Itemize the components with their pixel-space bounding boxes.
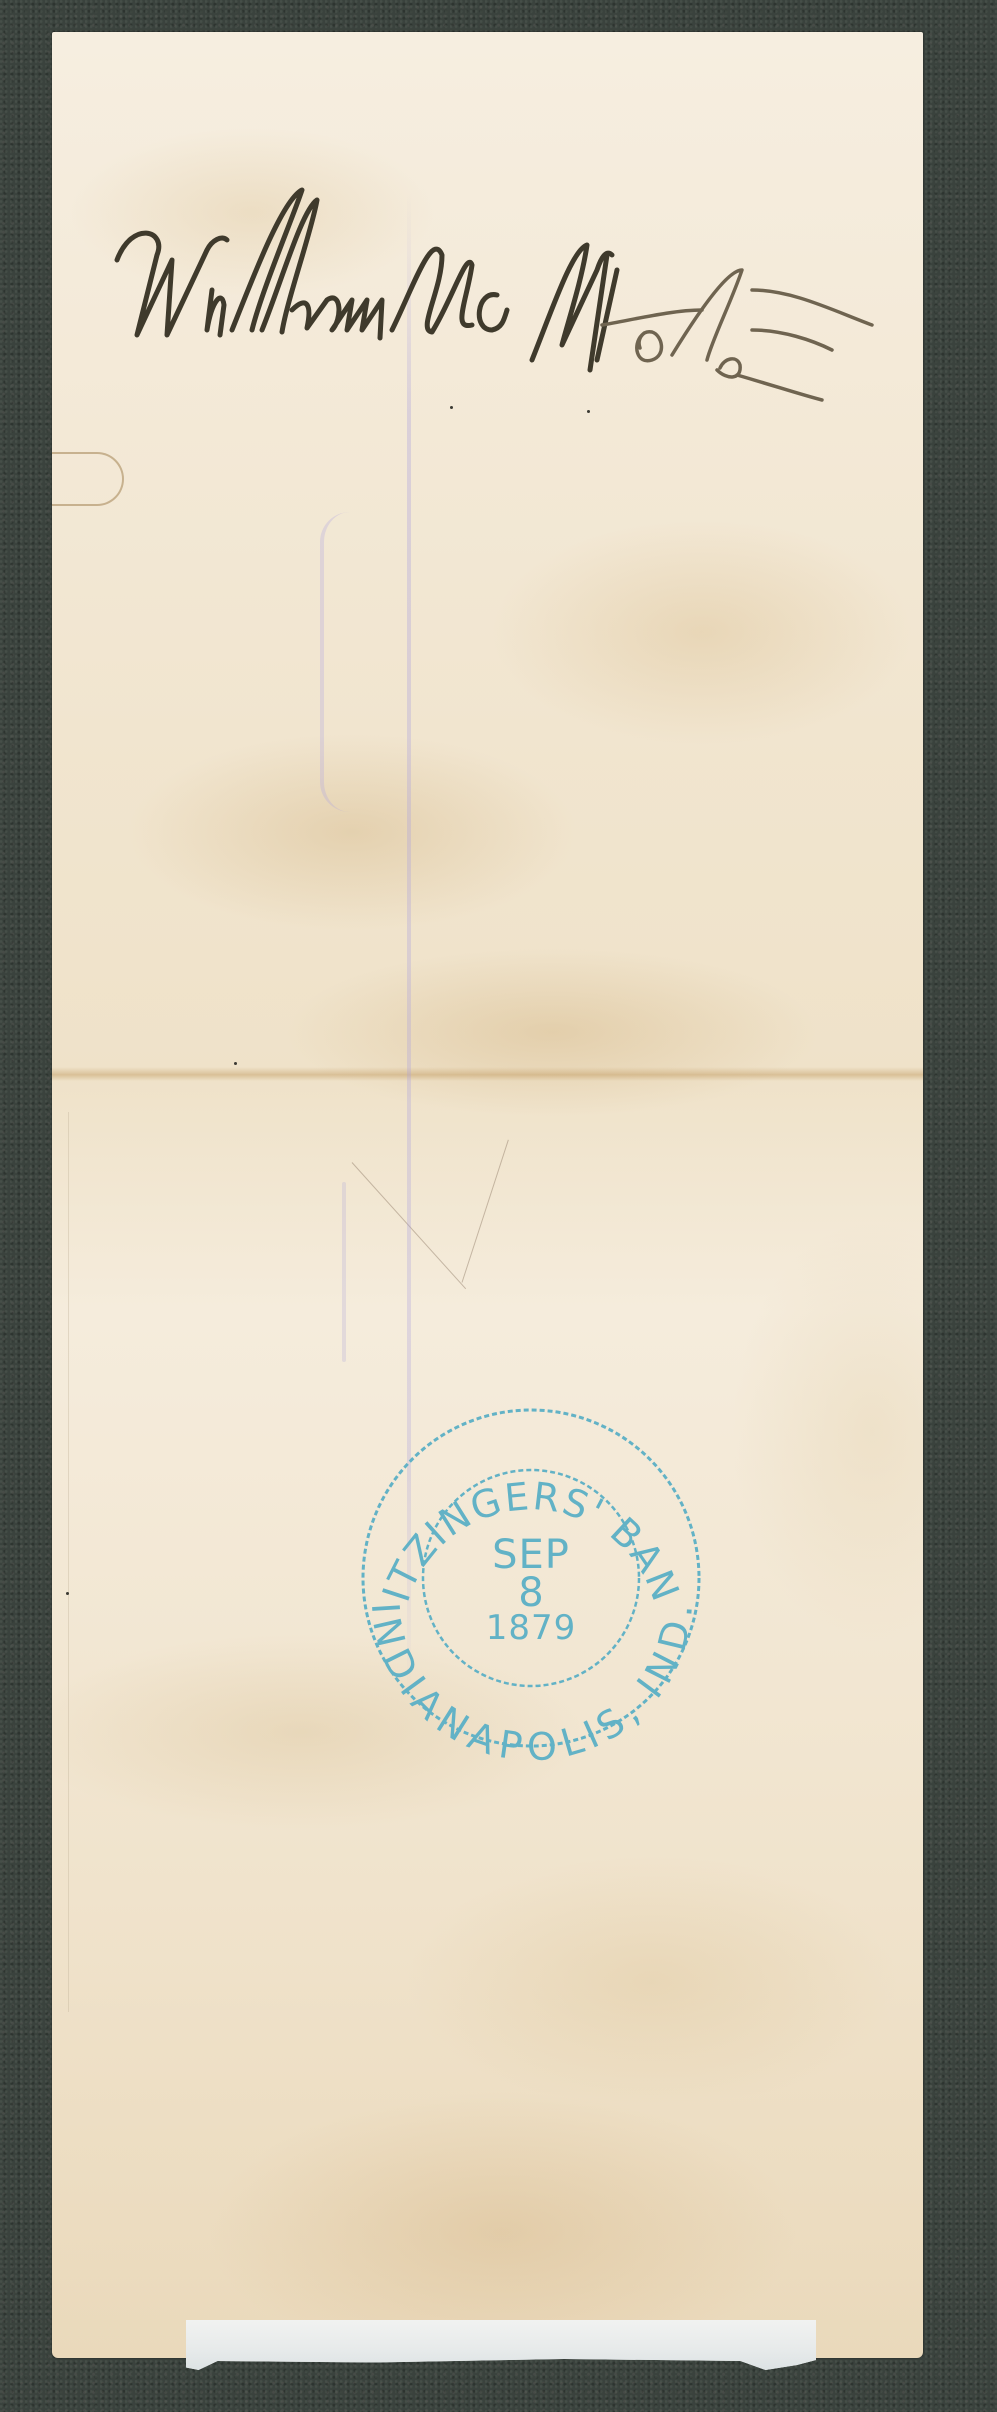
- faint-border-rule: [68, 1112, 69, 2012]
- bleed-through-ink-scribble: [320, 512, 394, 812]
- horizontal-fold-line: [52, 1067, 923, 1081]
- paper-speck: [587, 410, 590, 413]
- stamp-month: SEP: [358, 1535, 704, 1575]
- paper-speck: [450, 406, 453, 409]
- stamp-day: 8: [358, 1573, 704, 1613]
- mounting-tape: [186, 2320, 816, 2370]
- signature-strokes: [112, 160, 932, 380]
- bank-date-stamp: RITZINGERS' BANK INDIANAPOLIS, IND. SEP …: [358, 1405, 704, 1751]
- paper-speck: [66, 1592, 69, 1595]
- document-paper: RITZINGERS' BANK INDIANAPOLIS, IND. SEP …: [52, 32, 923, 2358]
- stamp-date: SEP 8 1879: [358, 1535, 704, 1645]
- bleed-through-ink-line: [342, 1182, 346, 1362]
- endorsement-signature: William McWhorter: [112, 160, 932, 380]
- paper-notch-stain: [52, 452, 124, 506]
- paper-crease: [462, 1140, 509, 1283]
- paper-speck: [234, 1062, 237, 1065]
- stamp-year: 1879: [358, 1611, 704, 1645]
